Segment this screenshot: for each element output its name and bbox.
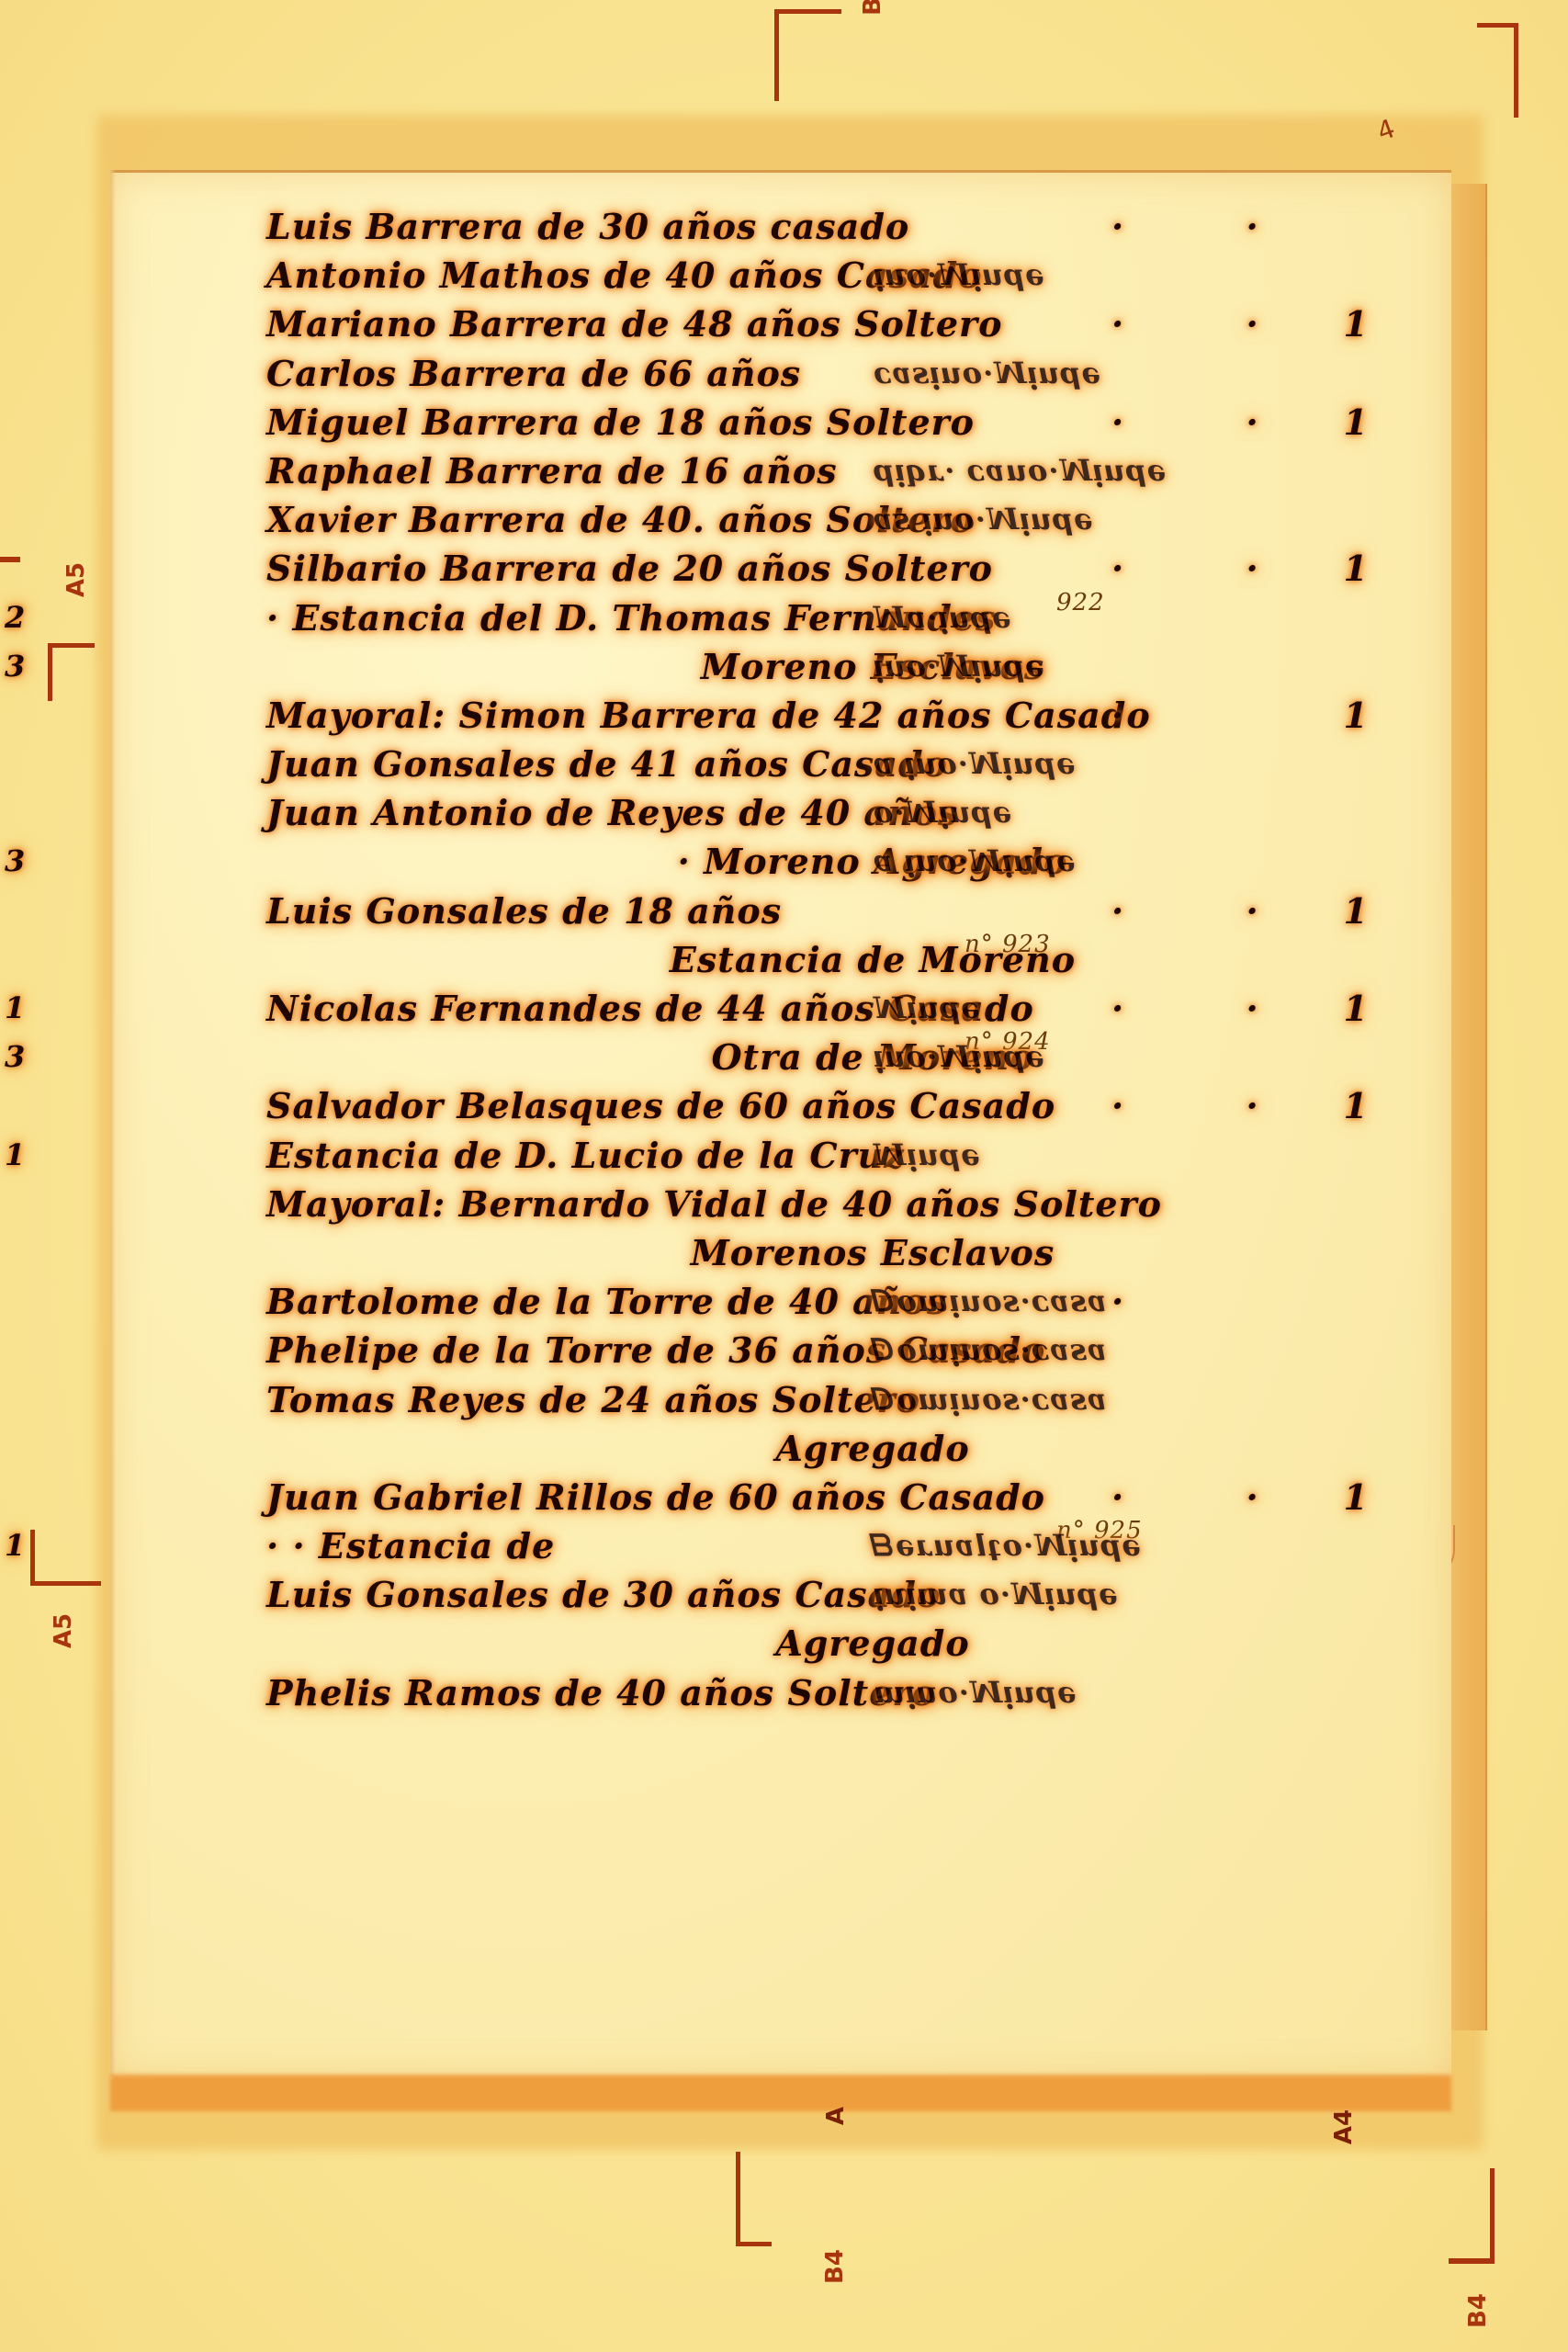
manuscript-line: Estancia de Morenon° 923: [266, 935, 1369, 984]
bleed-through-text: ɐsɐɔ·souᴉɯoᗡ: [873, 1375, 1369, 1424]
bleed-through-text: ǝpuᴉꟽ·ouɐɔ ·ɹqᴉp: [873, 447, 1369, 495]
line-text: Tomas Reyes de 24 años Soltero: [266, 1375, 920, 1424]
top-right-bracket-mark: [1477, 23, 1518, 118]
leader-dots: ·: [1111, 1277, 1179, 1326]
bleed-through-text: ǝpuᴉꟽ·o: [873, 788, 1369, 837]
bleed-through-text: ǝpuᴉꟽ·ouᴉsɐɔ: [873, 349, 1369, 398]
line-text: Bartolome de la Torre de 40 años: [266, 1277, 947, 1326]
manuscript-line: 3Otra de Morenon° 924ǝpuᴉꟽ·ouᴉ: [266, 1033, 1369, 1081]
manuscript-line: Silbario Barrera de 20 años Soltero· ·1: [266, 544, 1369, 593]
tally-count: 1: [1344, 544, 1369, 593]
bleed-through-text: ǝpuᴉꟽ·ouᴉ: [873, 1033, 1369, 1081]
tally-count: 1: [1344, 300, 1369, 348]
manuscript-line: 3Moreno Esclavosǝpuᴉꟽ·ouᴉ: [266, 642, 1369, 691]
top-mark-label: B: [859, 0, 886, 16]
manuscript-line: Tomas Reyes de 24 años Solteroɐsɐɔ·souᴉɯ…: [266, 1375, 1369, 1424]
line-text: Luis Gonsales de 18 años: [266, 887, 782, 935]
bottom-edge-mark-a: A: [822, 2107, 850, 2125]
margin-tally-mark: 3: [5, 1033, 26, 1081]
bleed-through-text: ǝpuᴉꟽ: [873, 1131, 1369, 1180]
manuscript-line: Salvador Belasques de 60 años Casado· ·1: [266, 1081, 1369, 1130]
manuscript-line: 1Estancia de D. Lucio de la Cruzǝpuᴉꟽ: [266, 1131, 1369, 1180]
bleed-through-text: ǝpuᴉꟽ·ouᴉ: [873, 251, 1369, 300]
line-text: Agregado: [775, 1424, 969, 1473]
leader-dots: · ·: [1111, 984, 1314, 1033]
line-text: Xavier Barrera de 40. años Soltero: [266, 495, 975, 544]
manuscript-line: Agregado: [266, 1619, 1369, 1668]
leader-dots: ·: [1111, 691, 1179, 740]
left-upper-bracket-mark: [48, 643, 95, 701]
bleed-through-text: ǝpuᴉꟽ·ouᴉ sɐ: [873, 495, 1369, 544]
leader-dots: · ·: [1111, 202, 1314, 251]
line-text: Juan Gabriel Rillos de 60 años Casado: [266, 1473, 1045, 1521]
line-text: Silbario Barrera de 20 años Soltero: [266, 544, 993, 593]
leader-dots: · ·: [1111, 544, 1314, 593]
left-lower-bracket-mark: [30, 1530, 101, 1586]
manuscript-line: Agregado: [266, 1424, 1369, 1473]
tally-count: 1: [1344, 1081, 1369, 1130]
margin-tally-mark: 1: [5, 984, 26, 1033]
line-text: Mayoral: Bernardo Vidal de 40 años Solte…: [266, 1180, 1162, 1228]
bottom-right-mark-label: B4: [1464, 2293, 1492, 2328]
top-left-bracket-mark: [774, 9, 841, 101]
manuscript-line: 1· · Estancia den° 925ǝpuᴉꟽ·oʇlɐuɹǝᗺ: [266, 1521, 1369, 1570]
manuscript-line: Antonio Mathos de 40 años Casadoǝpuᴉꟽ·ou…: [266, 251, 1369, 300]
manuscript-line: Bartolome de la Torre de 40 añosɐsɐɔ·sou…: [266, 1277, 1369, 1326]
manuscript-line: Phelis Ramos de 40 años Solteroǝpuᴉꟽ·ouᴉ…: [266, 1668, 1369, 1717]
manuscript-line: Xavier Barrera de 40. años Solteroǝpuᴉꟽ·…: [266, 495, 1369, 544]
line-text: Luis Barrera de 30 años casado: [266, 202, 909, 251]
line-text: Miguel Barrera de 18 años Soltero: [266, 398, 975, 447]
tally-count: 1: [1344, 691, 1369, 740]
line-text: · · Estancia de: [266, 1521, 555, 1570]
leader-dots: · ·: [1111, 398, 1314, 447]
leader-dots: · ·: [1111, 1081, 1314, 1130]
margin-tally-mark: 1: [5, 1521, 26, 1570]
leader-dots: · ·: [1111, 887, 1314, 935]
folio-number-annotation: n° 923: [964, 921, 1051, 969]
page-fold: [110, 170, 116, 2076]
manuscript-line: Carlos Barrera de 66 añosǝpuᴉꟽ·ouᴉsɐɔ: [266, 349, 1369, 398]
line-text: Salvador Belasques de 60 años Casado: [266, 1081, 1055, 1130]
bleed-through-text: ǝpuᴉꟽ·ouᴉ ɐ: [873, 740, 1369, 788]
manuscript-line: Mariano Barrera de 48 años Soltero· ·1: [266, 300, 1369, 348]
line-text: Phelis Ramos de 40 años Soltero: [266, 1668, 936, 1717]
bleed-through-text: ǝpuᴉꟽ·oʇlɐuɹǝᗺ: [873, 1521, 1369, 1570]
line-text: Mayoral: Simon Barrera de 42 años Casado: [266, 691, 1151, 740]
manuscript-line: Mayoral: Bernardo Vidal de 40 años Solte…: [266, 1180, 1369, 1228]
manuscript-line: Luis Gonsales de 30 años Casadoǝpuᴉꟽ·o ɐ…: [266, 1570, 1369, 1619]
manuscript-line: Juan Gonsales de 41 años Casadoǝpuᴉꟽ·ouᴉ…: [266, 740, 1369, 788]
bottom-left-bracket-mark: [736, 2152, 772, 2246]
manuscript-line: 2· Estancia del D. Thomas Fernandes922ǝp…: [266, 594, 1369, 642]
manuscript-line: Morenos Esclavos: [266, 1228, 1369, 1277]
bottom-right-bracket-mark: [1449, 2168, 1495, 2264]
manuscript-line: Phelipe de la Torre de 36 años Casadoɐsɐ…: [266, 1326, 1369, 1374]
page-bottom-edge: [110, 2075, 1451, 2111]
line-text: Raphael Barrera de 16 años: [266, 447, 838, 495]
bleed-through-text: ǝpuᴉ·ɐꟽ: [873, 594, 1369, 642]
line-text: Carlos Barrera de 66 años: [266, 349, 801, 398]
line-text: Luis Gonsales de 30 años Casado: [266, 1570, 941, 1619]
tally-count: 1: [1344, 398, 1369, 447]
bottom-edge-mark-a4: A4: [1330, 2109, 1358, 2144]
manuscript-line: Mayoral: Simon Barrera de 42 años Casado…: [266, 691, 1369, 740]
line-text: Mariano Barrera de 48 años Soltero: [266, 300, 1002, 348]
line-text: Juan Antonio de Reyes de 40 años: [266, 788, 958, 837]
tally-count: 1: [1344, 1473, 1369, 1521]
margin-tally-mark: 2: [5, 594, 26, 642]
bleed-through-text: ǝpuᴉꟽ·o ɐɯᴉuᴉ: [873, 1570, 1369, 1619]
manuscript-text-block: Luis Barrera de 30 años casado· ·Antonio…: [266, 202, 1369, 1717]
manuscript-line: 3· Moreno Agregadoǝpuᴉꟽ·ouᴉ ɐ: [266, 837, 1369, 886]
bleed-through-text: ǝpuᴉꟽ·ouᴉ ɐ: [873, 837, 1369, 886]
line-text: Estancia de D. Lucio de la Cruz: [266, 1131, 905, 1180]
manuscript-line: Juan Gabriel Rillos de 60 años Casado· ·…: [266, 1473, 1369, 1521]
left-lower-mark-label: A5: [50, 1613, 77, 1648]
margin-tally-mark: 3: [5, 642, 26, 691]
leader-dots: · ·: [1111, 300, 1314, 348]
bleed-through-text: ɐsɐɔ·souᴉɯoᗡ: [873, 1326, 1369, 1374]
manuscript-line: 1Nicolas Fernandes de 44 años Casadoǝpuᴉ…: [266, 984, 1369, 1033]
line-text: Juan Gonsales de 41 años Casado: [266, 740, 948, 788]
bottom-left-mark-label: B4: [821, 2249, 849, 2284]
margin-tally-mark: 1: [5, 1131, 26, 1180]
line-text: Agregado: [775, 1619, 969, 1668]
left-tick-mark: [0, 557, 20, 562]
manuscript-line: Juan Antonio de Reyes de 40 añosǝpuᴉꟽ·o: [266, 788, 1369, 837]
margin-tally-mark: 3: [5, 837, 26, 886]
line-text: Morenos Esclavos: [691, 1228, 1055, 1277]
manuscript-line: Luis Barrera de 30 años casado· ·: [266, 202, 1369, 251]
bleed-through-text: ǝpuᴉꟽ·ouᴉɯ: [873, 1668, 1369, 1717]
manuscript-line: Raphael Barrera de 16 añosǝpuᴉꟽ·ouɐɔ ·ɹq…: [266, 447, 1369, 495]
tally-count: 1: [1344, 984, 1369, 1033]
left-upper-mark-label: A5: [62, 562, 90, 597]
manuscript-line: Miguel Barrera de 18 años Soltero· ·1: [266, 398, 1369, 447]
bleed-through-text: ǝpuᴉꟽ·ouᴉ: [873, 642, 1369, 691]
tally-count: 1: [1344, 887, 1369, 935]
manuscript-line: Luis Gonsales de 18 años· ·1: [266, 887, 1369, 935]
